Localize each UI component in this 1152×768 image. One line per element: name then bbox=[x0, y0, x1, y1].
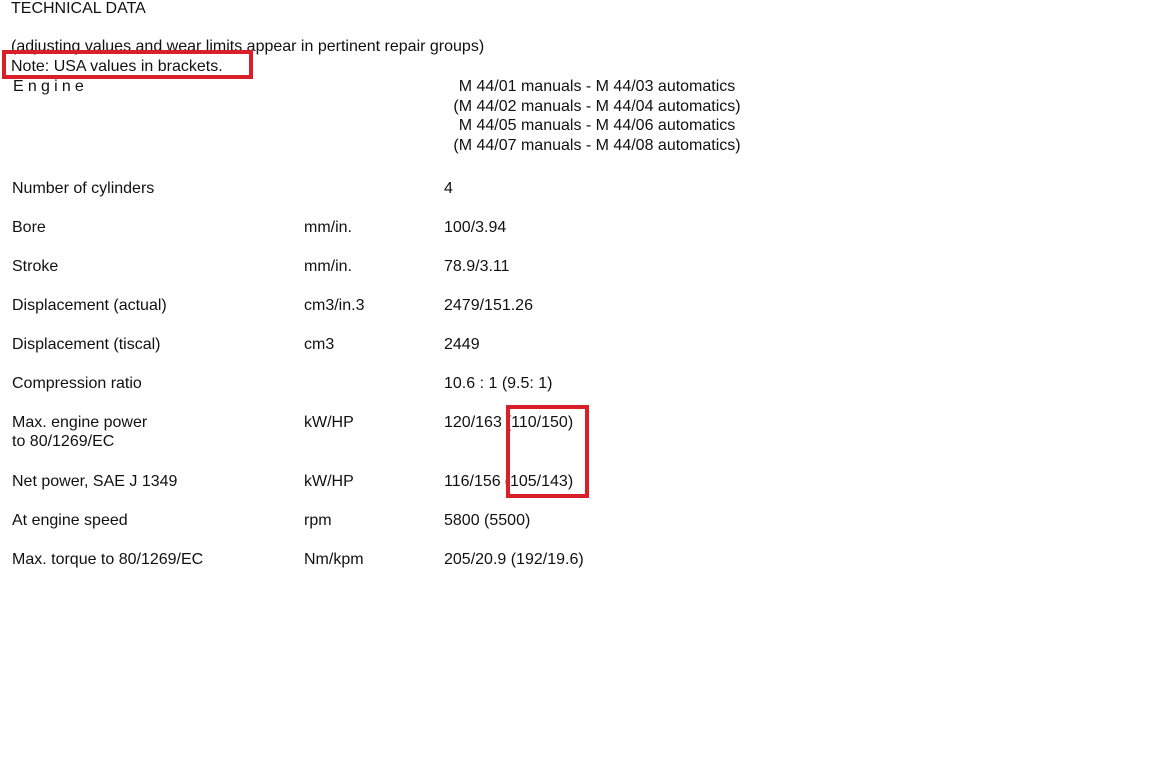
spec-value-primary: 5800 (5500) bbox=[444, 512, 530, 529]
spec-unit: cm3 bbox=[304, 335, 334, 354]
spec-unit: mm/in. bbox=[304, 218, 352, 237]
spec-value-primary: 100/3.94 bbox=[444, 219, 506, 236]
spec-unit: mm/in. bbox=[304, 257, 352, 276]
spec-unit: kW/HP bbox=[304, 413, 354, 432]
spec-unit: Nm/kpm bbox=[304, 550, 364, 569]
spec-value-primary: 116/156 bbox=[444, 473, 501, 490]
spec-value: 4 bbox=[444, 179, 453, 198]
spec-value-primary: 4 bbox=[444, 180, 453, 197]
spec-unit: kW/HP bbox=[304, 472, 354, 491]
spec-label: Compression ratio bbox=[12, 374, 142, 393]
spec-value: 2449 bbox=[444, 335, 480, 354]
spec-unit: rpm bbox=[304, 511, 332, 530]
spec-label: Net power, SAE J 1349 bbox=[12, 472, 177, 491]
spec-label: Displacement (actual) bbox=[12, 296, 167, 315]
page-title: TECHNICAL DATA bbox=[11, 0, 146, 18]
engine-models: M 44/01 manuals - M 44/03 automatics (M … bbox=[444, 77, 750, 155]
engine-model-line: (M 44/02 manuals - M 44/04 automatics) bbox=[444, 97, 750, 117]
engine-model-line: (M 44/07 manuals - M 44/08 automatics) bbox=[444, 136, 750, 156]
spec-value: 78.9/3.11 bbox=[444, 257, 510, 276]
spec-value-primary: 120/163 bbox=[444, 414, 502, 431]
usa-power-highlight-box bbox=[506, 405, 589, 498]
spec-value-primary: 205/20.9 (192/19.6) bbox=[444, 551, 584, 568]
spec-value: 10.6 : 1 (9.5: 1) bbox=[444, 374, 553, 393]
engine-model-line: M 44/05 manuals - M 44/06 automatics bbox=[444, 116, 750, 136]
spec-value-primary: 10.6 : 1 (9.5: 1) bbox=[444, 375, 553, 392]
spec-value-primary: 78.9/3.11 bbox=[444, 258, 510, 275]
engine-model-line: M 44/01 manuals - M 44/03 automatics bbox=[444, 77, 750, 97]
spec-label: Number of cylinders bbox=[12, 179, 154, 198]
spec-label-continued: to 80/1269/EC bbox=[12, 432, 114, 451]
spec-label: Max. torque to 80/1269/EC bbox=[12, 550, 203, 569]
spec-value-primary: 2479/151.26 bbox=[444, 297, 533, 314]
spec-value: 100/3.94 bbox=[444, 218, 506, 237]
spec-unit: cm3/in.3 bbox=[304, 296, 364, 315]
spec-label: Stroke bbox=[12, 257, 58, 276]
spec-value: 205/20.9 (192/19.6) bbox=[444, 550, 584, 569]
spec-label: At engine speed bbox=[12, 511, 128, 530]
spec-label: Displacement (tiscal) bbox=[12, 335, 160, 354]
note-highlight-box bbox=[2, 50, 253, 79]
engine-label: Engine bbox=[13, 77, 88, 96]
spec-label: Bore bbox=[12, 218, 46, 237]
spec-value-primary: 2449 bbox=[444, 336, 480, 353]
spec-label: Max. engine power bbox=[12, 413, 147, 432]
spec-value: 2479/151.26 bbox=[444, 296, 533, 315]
spec-value: 5800 (5500) bbox=[444, 511, 530, 530]
